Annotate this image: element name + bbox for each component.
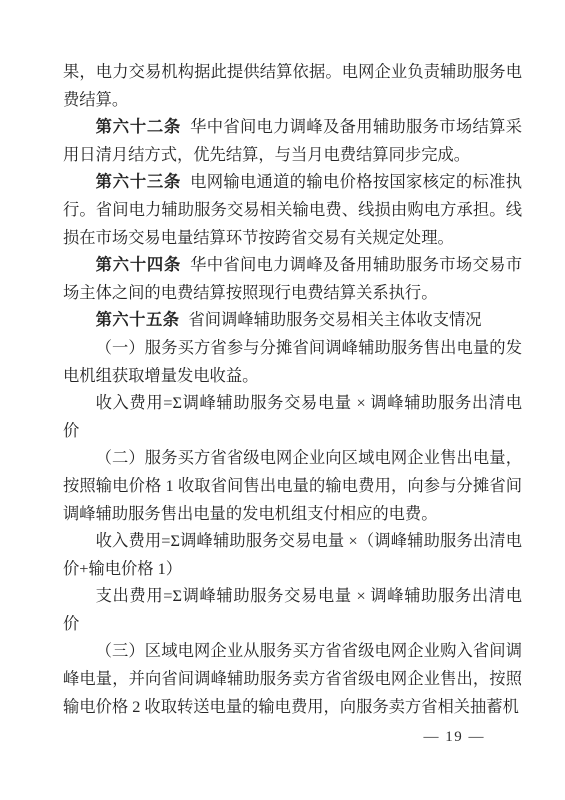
document-body: 果，电力交易机构据此提供结算依据。电网企业负责辅助服务电费结算。第六十二条华中省… — [63, 58, 522, 720]
paragraph: 收入费用=Σ调峰辅助服务交易电量 ×（调峰辅助服务出清电价+输电价格 1） — [63, 527, 522, 582]
paragraph: 第六十三条电网输电通道的输电价格按国家核定的标准执行。省间电力辅助服务交易相关输… — [63, 168, 522, 251]
paragraph: （三）区域电网企业从服务买方省省级电网企业购入省间调峰电量，并向省间调峰辅助服务… — [63, 637, 522, 720]
paragraph: （二）服务买方省省级电网企业向区域电网企业售出电量，按照输电价格 1 收取省间售… — [63, 444, 522, 527]
paragraph: 果，电力交易机构据此提供结算依据。电网企业负责辅助服务电费结算。 — [63, 58, 522, 113]
paragraph: 收入费用=Σ调峰辅助服务交易电量 × 调峰辅助服务出清电价 — [63, 389, 522, 444]
document-page: 果，电力交易机构据此提供结算依据。电网企业负责辅助服务电费结算。第六十二条华中省… — [0, 0, 565, 800]
page-number: — 19 — — [424, 729, 486, 746]
paragraph: 第六十二条华中省间电力调峰及备用辅助服务市场结算采用日清月结方式，优先结算，与当… — [63, 113, 522, 168]
article-number: 第六十四条 — [96, 255, 182, 274]
paragraph: 第六十五条省间调峰辅助服务交易相关主体收支情况 — [63, 306, 522, 334]
paragraph: （一）服务买方省参与分摊省间调峰辅助服务售出电量的发电机组获取增量发电收益。 — [63, 334, 522, 389]
article-number: 第六十二条 — [96, 117, 182, 136]
article-number: 第六十三条 — [96, 172, 182, 191]
paragraph: 支出费用=Σ调峰辅助服务交易电量 × 调峰辅助服务出清电价 — [63, 582, 522, 637]
paragraph: 第六十四条华中省间电力调峰及备用辅助服务市场交易市场主体之间的电费结算按照现行电… — [63, 251, 522, 306]
article-number: 第六十五条 — [96, 310, 180, 329]
